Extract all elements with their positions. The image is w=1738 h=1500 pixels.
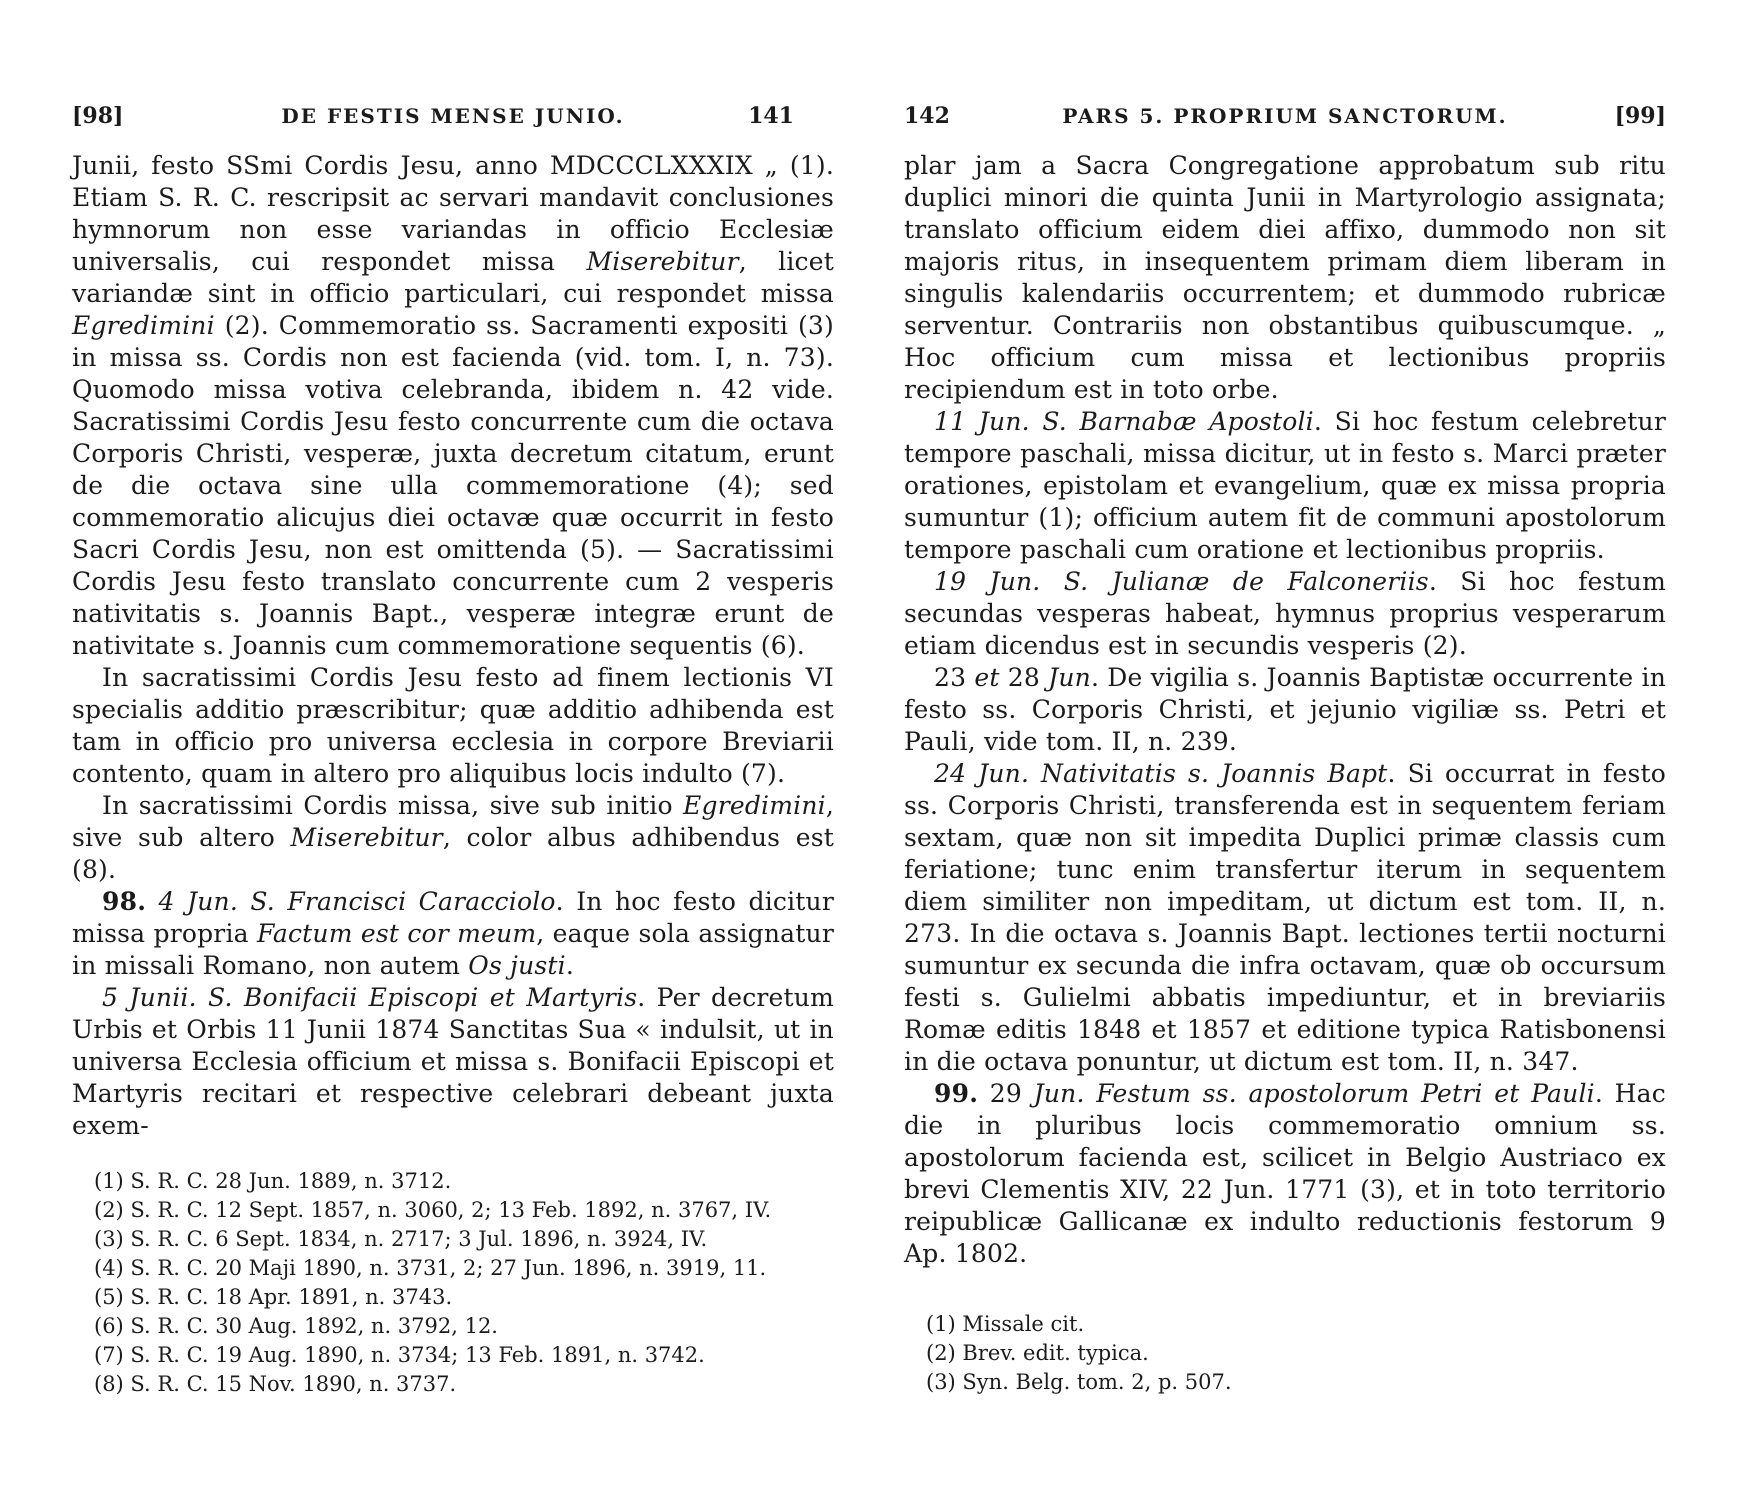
- paragraph: In sacratissimi Cordis missa, sive sub i…: [72, 790, 834, 886]
- entry-number: 98.: [102, 887, 146, 916]
- italic-text-run: et: [974, 663, 999, 692]
- paragraph: 99. 29 Jun. Festum ss. apostolorum Petri…: [904, 1078, 1666, 1270]
- page-body: plar jam a Sacra Congregatione approbatu…: [904, 150, 1666, 1270]
- paragraph: 98. 4 Jun. S. Francisci Caracciolo. In h…: [72, 886, 834, 982]
- italic-text-run: 19 Jun. S. Julianæ de Falconeriis: [934, 567, 1429, 596]
- footnote-line: (6) S. R. C. 30 Aug. 1892, n. 3792, 12.: [94, 1312, 834, 1341]
- page-body: Junii, festo SSmi Cordis Jesu, anno MDCC…: [72, 150, 834, 1142]
- text-run: In sacratissimi Cordis Jesu festo ad fin…: [72, 663, 834, 788]
- italic-text-run: 5 Junii. S. Bonifacii Episcopi et Martyr…: [102, 983, 637, 1012]
- running-title: DE FESTIS MENSE JUNIO.: [162, 104, 744, 128]
- footnotes: (1) S. R. C. 28 Jun. 1889, n. 3712.(2) S…: [72, 1167, 834, 1399]
- paragraph: 5 Junii. S. Bonifacii Episcopi et Martyr…: [72, 982, 834, 1142]
- italic-text-run: Jun. Festum ss. apostolorum Petri et Pau…: [1034, 1079, 1595, 1108]
- footnote-line: (8) S. R. C. 15 Nov. 1890, n. 3737.: [94, 1370, 834, 1399]
- text-run: 28: [1000, 663, 1049, 692]
- italic-text-run: 11 Jun. S. Barnabæ Apostoli: [934, 407, 1314, 436]
- page-header: 142 PARS 5. PROPRIUM SANCTORUM. [99]: [904, 103, 1666, 133]
- text-run: (2). Commemoratio ss. Sacramenti exposit…: [72, 311, 834, 660]
- footnote-line: (1) S. R. C. 28 Jun. 1889, n. 3712.: [94, 1167, 834, 1196]
- text-run: [146, 887, 158, 916]
- footnote-line: (2) S. R. C. 12 Sept. 1857, n. 3060, 2; …: [94, 1196, 834, 1225]
- footnote-line: (4) S. R. C. 20 Maji 1890, n. 3731, 2; 2…: [94, 1254, 834, 1283]
- italic-text-run: Egredimini: [683, 791, 826, 820]
- text-run: 29: [978, 1079, 1034, 1108]
- text-run: .: [566, 951, 574, 980]
- italic-text-run: Miserebitur: [586, 247, 738, 276]
- text-run: 23: [934, 663, 974, 692]
- footnote-line: (7) S. R. C. 19 Aug. 1890, n. 3734; 13 F…: [94, 1341, 834, 1370]
- paragraph: plar jam a Sacra Congregatione approbatu…: [904, 150, 1666, 406]
- footnote-line: (3) Syn. Belg. tom. 2, p. 507.: [926, 1368, 1666, 1397]
- italic-text-run: Os justi: [468, 951, 566, 980]
- page-header: [98] DE FESTIS MENSE JUNIO. 141: [72, 103, 834, 133]
- page-number: 142: [904, 103, 994, 129]
- section-mark: [98]: [72, 103, 162, 129]
- paragraph: Junii, festo SSmi Cordis Jesu, anno MDCC…: [72, 150, 834, 662]
- text-run: . Si occurrat in festo ss. Corporis Chri…: [904, 759, 1666, 1076]
- section-mark: [99]: [1576, 103, 1666, 129]
- footnotes: (1) Missale cit.(2) Brev. edit. typica.(…: [904, 1310, 1666, 1397]
- paragraph: 11 Jun. S. Barnabæ Apostoli. Si hoc fest…: [904, 406, 1666, 566]
- paragraph: 19 Jun. S. Julianæ de Falconeriis. Si ho…: [904, 566, 1666, 662]
- italic-text-run: 24 Jun. Nativitatis s. Joannis Bapt: [934, 759, 1388, 788]
- paragraph: 23 et 28 Jun. De vigilia s. Joannis Bapt…: [904, 662, 1666, 758]
- italic-text-run: Factum est cor meum: [257, 919, 536, 948]
- italic-text-run: 4 Jun. S. Francisci Caracciolo: [159, 887, 556, 916]
- footnote-line: (3) S. R. C. 6 Sept. 1834, n. 2717; 3 Ju…: [94, 1225, 834, 1254]
- italic-text-run: Egredimini: [72, 311, 215, 340]
- paragraph: 24 Jun. Nativitatis s. Joannis Bapt. Si …: [904, 758, 1666, 1078]
- footnote-line: (5) S. R. C. 18 Apr. 1891, n. 3743.: [94, 1283, 834, 1312]
- footnote-line: (2) Brev. edit. typica.: [926, 1339, 1666, 1368]
- footnote-line: (1) Missale cit.: [926, 1310, 1666, 1339]
- page-left: [98] DE FESTIS MENSE JUNIO. 141 Junii, f…: [72, 103, 834, 1142]
- book-spread: [98] DE FESTIS MENSE JUNIO. 141 Junii, f…: [0, 0, 1738, 1500]
- italic-text-run: Jun: [1048, 663, 1091, 692]
- text-run: In sacratissimi Cordis missa, sive sub i…: [102, 791, 683, 820]
- page-number: 141: [744, 103, 834, 129]
- text-run: plar jam a Sacra Congregatione approbatu…: [904, 151, 1666, 404]
- page-right: 142 PARS 5. PROPRIUM SANCTORUM. [99] pla…: [904, 103, 1666, 1270]
- paragraph: In sacratissimi Cordis Jesu festo ad fin…: [72, 662, 834, 790]
- entry-number: 99.: [934, 1079, 978, 1108]
- italic-text-run: Miserebitur: [291, 823, 443, 852]
- running-title: PARS 5. PROPRIUM SANCTORUM.: [994, 104, 1576, 128]
